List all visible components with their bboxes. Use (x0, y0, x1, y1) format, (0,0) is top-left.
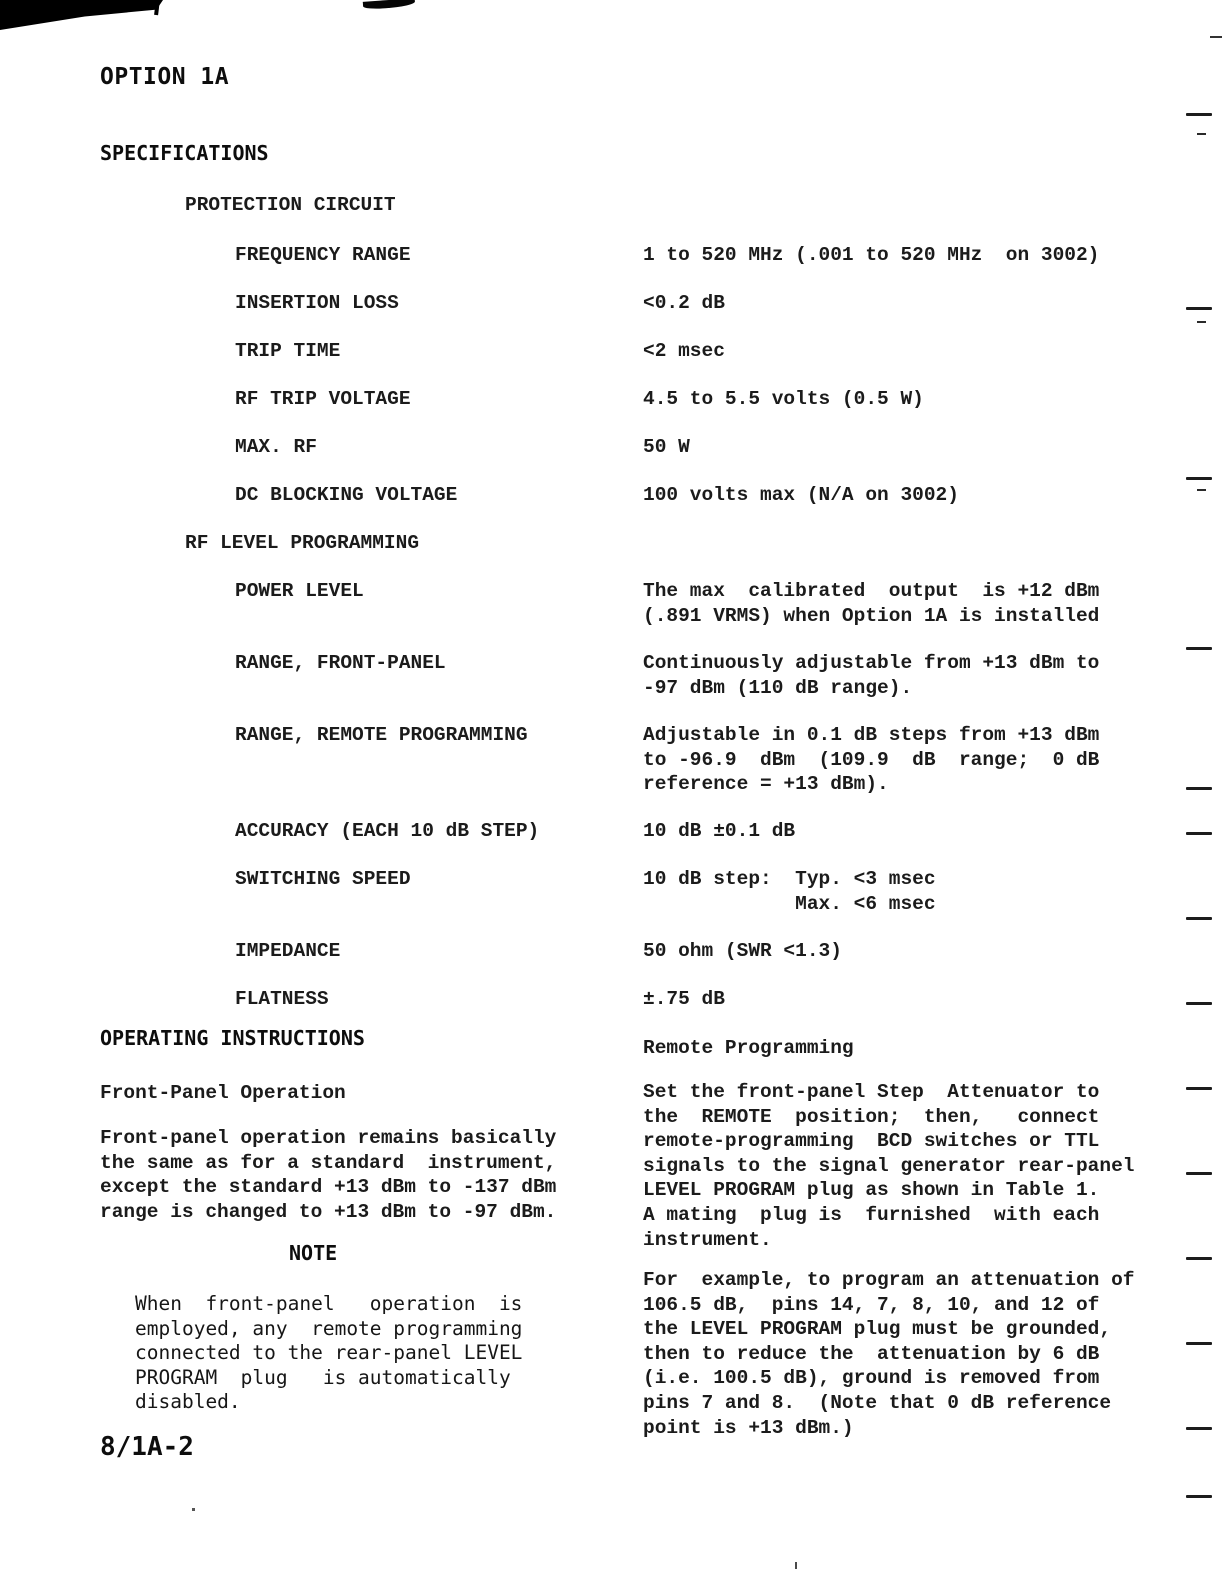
scan-artifact-dash (1186, 307, 1212, 310)
operating-instructions-heading: OPERATING INSTRUCTIONS (100, 1026, 365, 1050)
spec-label-flatness: FLATNESS (235, 987, 329, 1012)
scan-artifact-dash (1197, 133, 1206, 135)
spec-value-insertion-loss: <0.2 dB (643, 291, 725, 316)
spec-label-switching-speed: SWITCHING SPEED (235, 867, 411, 892)
spec-label-range-remote-programming: RANGE, REMOTE PROGRAMMING (235, 723, 528, 748)
scan-artifact-tick (154, 0, 160, 15)
scan-artifact-dash (1210, 36, 1222, 38)
document-page: OPTION 1A SPECIFICATIONS PROTECTION CIRC… (0, 0, 1224, 1580)
spec-value-switching-speed: 10 dB step: Typ. <3 msec Max. <6 msec (643, 867, 936, 916)
scan-artifact-dash (1197, 489, 1206, 491)
scan-artifact-dash (1186, 647, 1212, 650)
scan-artifact-top-left (0, 0, 163, 30)
spec-value-flatness: ±.75 dB (643, 987, 725, 1012)
spec-value-impedance: 50 ohm (SWR <1.3) (643, 939, 842, 964)
spec-value-range-remote-programming: Adjustable in 0.1 dB steps from +13 dBm … (643, 723, 1099, 797)
remote-programming-paragraph-1: Set the front-panel Step Attenuator to t… (643, 1080, 1134, 1252)
spec-label-dc-blocking-voltage: DC BLOCKING VOLTAGE (235, 483, 457, 508)
group-rf-level-programming: RF LEVEL PROGRAMMING (185, 531, 419, 556)
scan-artifact-dash (1186, 1087, 1212, 1090)
spec-label-accuracy: ACCURACY (EACH 10 dB STEP) (235, 819, 539, 844)
scan-artifact-dash (1186, 917, 1212, 920)
scan-artifact-speck (192, 1508, 195, 1511)
scan-artifact-dash (1186, 1427, 1212, 1430)
spec-label-insertion-loss: INSERTION LOSS (235, 291, 399, 316)
note-heading: NOTE (289, 1241, 337, 1265)
spec-value-power-level: The max calibrated output is +12 dBm (.8… (643, 579, 1099, 628)
scan-artifact-speck (795, 1562, 797, 1569)
spec-label-frequency-range: FREQUENCY RANGE (235, 243, 411, 268)
spec-label-trip-time: TRIP TIME (235, 339, 340, 364)
front-panel-operation-paragraph: Front-panel operation remains basically … (100, 1126, 556, 1224)
note-paragraph: When front-panel operation is employed, … (135, 1292, 522, 1415)
spec-label-impedance: IMPEDANCE (235, 939, 340, 964)
remote-programming-heading: Remote Programming (643, 1036, 854, 1061)
page-title: OPTION 1A (100, 64, 229, 90)
scan-artifact-dash (1186, 1002, 1212, 1005)
spec-value-range-front-panel: Continuously adjustable from +13 dBm to … (643, 651, 1099, 700)
spec-label-range-front-panel: RANGE, FRONT-PANEL (235, 651, 446, 676)
scan-artifact-dash (1186, 787, 1212, 790)
scan-artifact-dash (1186, 1172, 1212, 1175)
scan-artifact-dash (1197, 321, 1206, 323)
group-protection-circuit: PROTECTION CIRCUIT (185, 193, 396, 218)
scan-artifact-dash (1186, 1495, 1212, 1498)
spec-value-accuracy: 10 dB ±0.1 dB (643, 819, 795, 844)
spec-label-power-level: POWER LEVEL (235, 579, 364, 604)
spec-value-frequency-range: 1 to 520 MHz (.001 to 520 MHz on 3002) (643, 243, 1099, 268)
specifications-heading: SPECIFICATIONS (100, 141, 269, 165)
spec-label-rf-trip-voltage: RF TRIP VOLTAGE (235, 387, 411, 412)
spec-value-rf-trip-voltage: 4.5 to 5.5 volts (0.5 W) (643, 387, 924, 412)
spec-value-trip-time: <2 msec (643, 339, 725, 364)
front-panel-operation-heading: Front-Panel Operation (100, 1081, 346, 1106)
remote-programming-paragraph-2: For example, to program an attenuation o… (643, 1268, 1134, 1440)
scan-artifact-dash (1186, 1257, 1212, 1260)
scan-artifact-dash (1186, 113, 1212, 116)
spec-value-dc-blocking-voltage: 100 volts max (N/A on 3002) (643, 483, 959, 508)
spec-value-max-rf: 50 W (643, 435, 690, 460)
scan-artifact-smudge (363, 0, 415, 10)
scan-artifact-dash (1186, 477, 1212, 480)
scan-artifact-dash (1186, 832, 1212, 835)
page-number: 8/1A-2 (100, 1432, 194, 1462)
spec-label-max-rf: MAX. RF (235, 435, 317, 460)
scan-artifact-dash (1186, 1342, 1212, 1345)
